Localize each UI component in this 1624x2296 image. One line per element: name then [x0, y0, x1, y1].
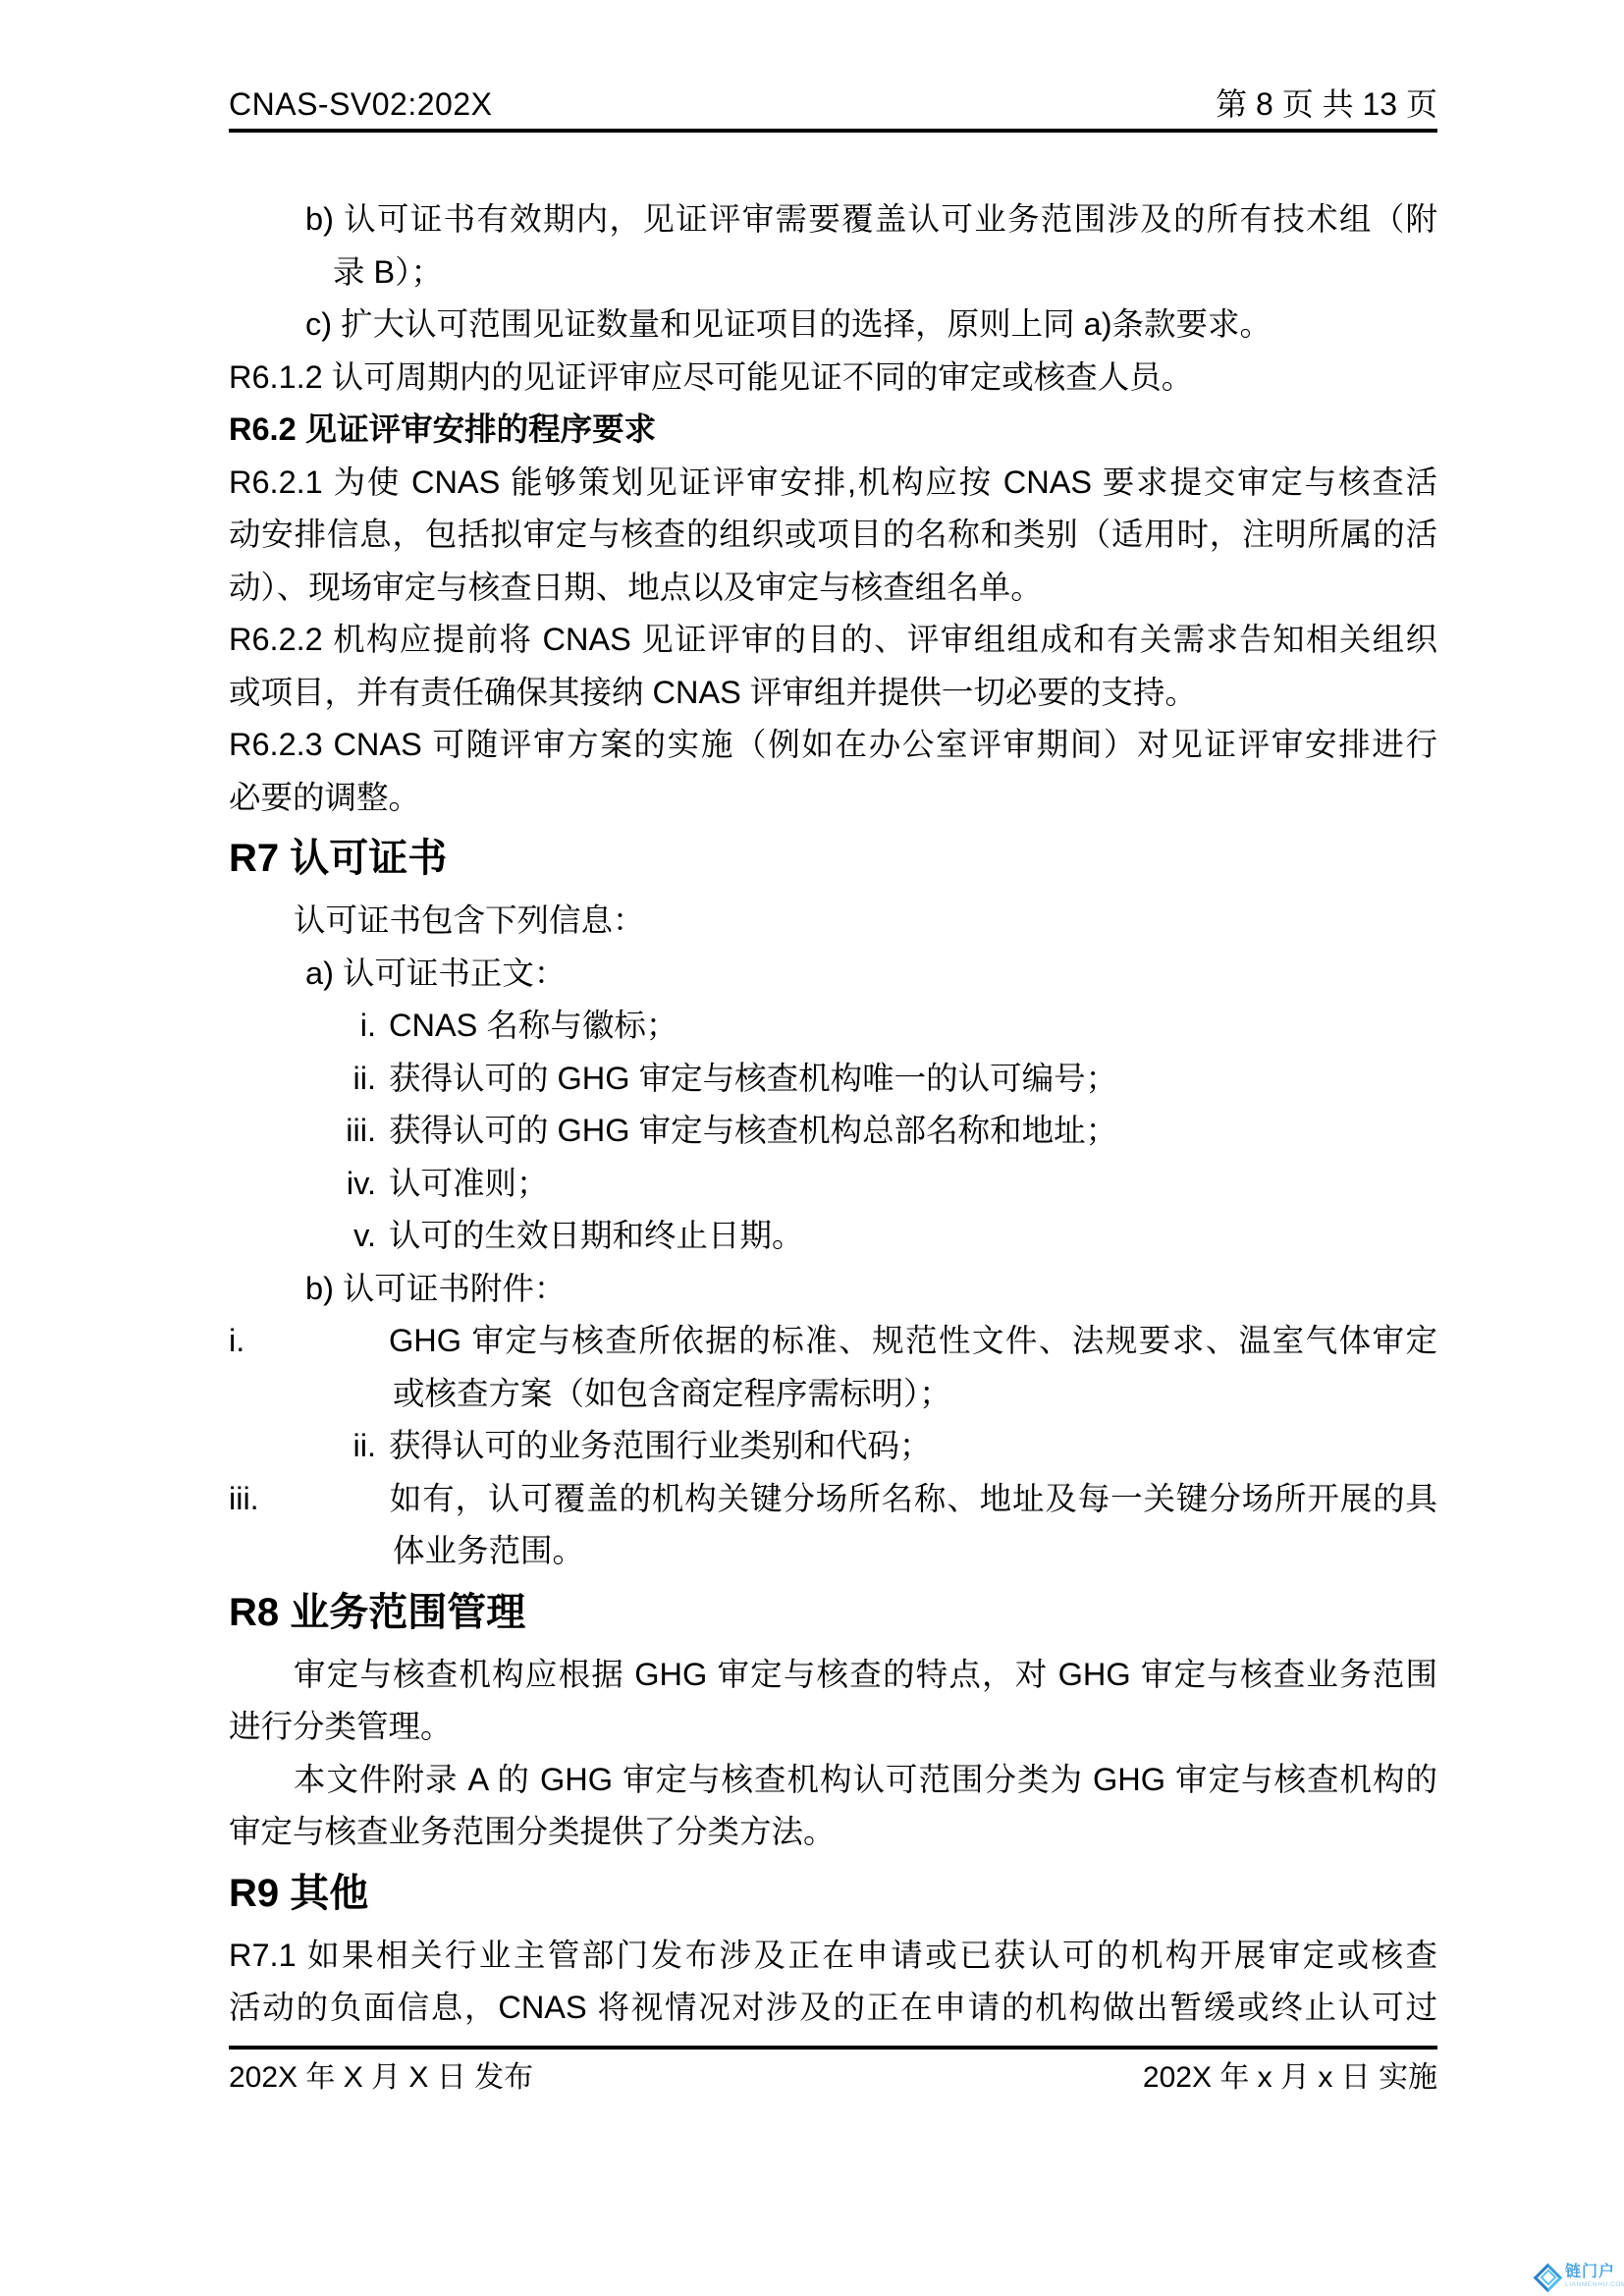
text-line: R6.2.3 CNAS 可随评审方案的实施（例如在办公室评审期间）对见证评审安排…: [229, 719, 1437, 772]
line-text: 认可准则；: [389, 1166, 549, 1201]
line-text: c) 扩大认可范围见证数量和见证项目的选择，原则上同 a)条款要求。: [305, 306, 1272, 342]
text-line: b) 认可证书有效期内，见证评审需要覆盖认可业务范围涉及的所有技术组（附: [229, 193, 1437, 246]
watermark-logo: 链门户 LIANMENHU.COM: [1534, 2264, 1624, 2289]
text-line: 进行分类管理。: [229, 1701, 1437, 1754]
line-text: R9 其他: [229, 1872, 368, 1915]
text-line: v.认可的生效日期和终止日期。: [229, 1210, 1437, 1263]
roman-numeral: ii.: [229, 1053, 376, 1106]
footer-release-date: 202X 年 X 月 X 日 发布: [229, 2058, 533, 2098]
line-text: 如有，认可覆盖的机构关键分场所名称、地址及每一关键分场所开展的具: [389, 1481, 1437, 1516]
text-line: iii.获得认可的 GHG 审定与核查机构总部名称和地址；: [229, 1105, 1437, 1158]
text-line: b) 认可证书附件：: [229, 1263, 1437, 1316]
line-text: 或核查方案（如包含商定程序需标明）；: [393, 1376, 951, 1411]
text-line: c) 扩大认可范围见证数量和见证项目的选择，原则上同 a)条款要求。: [229, 299, 1437, 352]
text-line: iii.如有，认可覆盖的机构关键分场所名称、地址及每一关键分场所开展的具: [229, 1473, 1437, 1526]
watermark-text: 链门户 LIANMENHU.COM: [1565, 2264, 1624, 2289]
line-text: 获得认可的 GHG 审定与核查机构总部名称和地址；: [389, 1113, 1117, 1148]
line-text: R7 认可证书: [229, 837, 447, 880]
line-text: R8 业务范围管理: [229, 1591, 525, 1634]
text-line: R6.2 见证评审安排的程序要求: [229, 404, 1437, 457]
header-page-number: 第 8 页 共 13 页: [1216, 84, 1437, 124]
text-line: i.CNAS 名称与徽标；: [229, 1000, 1437, 1053]
text-line: ii.获得认可的业务范围行业类别和代码；: [229, 1420, 1437, 1473]
line-text: R6.2.2 机构应提前将 CNAS 见证评审的目的、评审组组成和有关需求告知相…: [229, 622, 1437, 657]
line-text: 或项目，并有责任确保其接纳 CNAS 评审组并提供一切必要的支持。: [229, 675, 1197, 710]
roman-numeral: iii.: [229, 1105, 376, 1158]
roman-numeral: iv.: [229, 1158, 376, 1211]
line-text: 获得认可的业务范围行业类别和代码；: [389, 1428, 932, 1463]
roman-numeral: v.: [229, 1210, 376, 1263]
text-line: R6.1.2 认可周期内的见证评审应尽可能见证不同的审定或核查人员。: [229, 352, 1437, 405]
text-line: iv.认可准则；: [229, 1158, 1437, 1211]
roman-numeral: i.: [229, 1315, 376, 1368]
line-text: R6.1.2 认可周期内的见证评审应尽可能见证不同的审定或核查人员。: [229, 359, 1193, 395]
roman-numeral: ii.: [229, 1420, 376, 1473]
roman-numeral: i.: [229, 1000, 376, 1053]
header-doc-code: CNAS-SV02:202X: [229, 84, 492, 124]
line-text: 动）、现场审定与核查日期、地点以及审定与核查组名单。: [229, 570, 1043, 605]
line-text: 活动的负面信息，CNAS 将视情况对涉及的正在申请的机构做出暂缓或终止认可过: [229, 1990, 1437, 2025]
text-line: ii.获得认可的 GHG 审定与核查机构唯一的认可编号；: [229, 1053, 1437, 1106]
watermark-brand-name: 链门户: [1565, 2264, 1624, 2280]
text-line: 动安排信息，包括拟审定与核查的组织或项目的名称和类别（适用时，注明所属的活: [229, 509, 1437, 562]
watermark-site-url: LIANMENHU.COM: [1565, 2281, 1624, 2289]
header-rule: [229, 129, 1437, 133]
line-text: a) 认可证书正文：: [305, 956, 566, 991]
text-line: 录 B）；: [229, 246, 1437, 300]
footer-implement-date: 202X 年 x 月 x 日 实施: [1143, 2058, 1437, 2098]
text-line: R6.2.2 机构应提前将 CNAS 见证评审的目的、评审组组成和有关需求告知相…: [229, 614, 1437, 667]
content-lines: b) 认可证书有效期内，见证评审需要覆盖认可业务范围涉及的所有技术组（附录 B）…: [229, 193, 1437, 2035]
line-text: 本文件附录 A 的 GHG 审定与核查机构认可范围分类为 GHG 审定与核查机构…: [294, 1762, 1437, 1797]
text-line: 体业务范围。: [229, 1525, 1437, 1578]
line-text: 审定与核查业务范围分类提供了分类方法。: [229, 1814, 836, 1849]
line-text: 认可的生效日期和终止日期。: [389, 1218, 804, 1253]
document-page: CNAS-SV02:202X 第 8 页 共 13 页 b) 认可证书有效期内，…: [0, 0, 1624, 2296]
line-text: 获得认可的 GHG 审定与核查机构唯一的认可编号；: [389, 1061, 1117, 1096]
text-line: 或项目，并有责任确保其接纳 CNAS 评审组并提供一切必要的支持。: [229, 667, 1437, 720]
line-text: 录 B）；: [333, 254, 443, 290]
roman-numeral: iii.: [229, 1473, 376, 1526]
line-text: b) 认可证书有效期内，见证评审需要覆盖认可业务范围涉及的所有技术组（附: [305, 201, 1437, 237]
footer-rule: [229, 2046, 1437, 2050]
text-line: 必要的调整。: [229, 772, 1437, 825]
line-text: R6.2 见证评审安排的程序要求: [229, 411, 656, 447]
line-text: 进行分类管理。: [229, 1709, 453, 1744]
chain-diamond-icon: [1534, 2264, 1559, 2289]
line-text: R6.2.1 为使 CNAS 能够策划见证评审安排,机构应按 CNAS 要求提交…: [229, 465, 1437, 500]
line-text: 体业务范围。: [393, 1533, 584, 1568]
text-line: 活动的负面信息，CNAS 将视情况对涉及的正在申请的机构做出暂缓或终止认可过: [229, 1982, 1437, 2035]
line-text: GHG 审定与核查所依据的标准、规范性文件、法规要求、温室气体审定: [389, 1323, 1437, 1358]
line-text: R6.2.3 CNAS 可随评审方案的实施（例如在办公室评审期间）对见证评审安排…: [229, 727, 1437, 762]
text-line: 认可证书包含下列信息：: [229, 895, 1437, 948]
text-line: R7.1 如果相关行业主管部门发布涉及正在申请或已获认可的机构开展审定或核查: [229, 1930, 1437, 1983]
line-text: R7.1 如果相关行业主管部门发布涉及正在申请或已获认可的机构开展审定或核查: [229, 1938, 1437, 1973]
text-line: 本文件附录 A 的 GHG 审定与核查机构认可范围分类为 GHG 审定与核查机构…: [229, 1754, 1437, 1807]
text-line: i.GHG 审定与核查所依据的标准、规范性文件、法规要求、温室气体审定: [229, 1315, 1437, 1368]
line-text: 必要的调整。: [229, 780, 420, 815]
text-line: R6.2.1 为使 CNAS 能够策划见证评审安排,机构应按 CNAS 要求提交…: [229, 457, 1437, 510]
line-text: 认可证书包含下列信息：: [294, 902, 645, 938]
text-line: 或核查方案（如包含商定程序需标明）；: [229, 1368, 1437, 1421]
text-line: R7 认可证书: [229, 828, 1437, 889]
text-line: 审定与核查机构应根据 GHG 审定与核查的特点，对 GHG 审定与核查业务范围: [229, 1649, 1437, 1702]
line-text: 动安排信息，包括拟审定与核查的组织或项目的名称和类别（适用时，注明所属的活: [229, 517, 1437, 552]
line-text: CNAS 名称与徽标；: [389, 1008, 677, 1043]
line-text: b) 认可证书附件：: [305, 1271, 566, 1306]
text-line: 审定与核查业务范围分类提供了分类方法。: [229, 1806, 1437, 1859]
line-text: 审定与核查机构应根据 GHG 审定与核查的特点，对 GHG 审定与核查业务范围: [294, 1657, 1437, 1692]
text-line: R8 业务范围管理: [229, 1582, 1437, 1643]
text-line: 动）、现场审定与核查日期、地点以及审定与核查组名单。: [229, 562, 1437, 615]
text-line: a) 认可证书正文：: [229, 948, 1437, 1001]
text-line: R9 其他: [229, 1863, 1437, 1924]
